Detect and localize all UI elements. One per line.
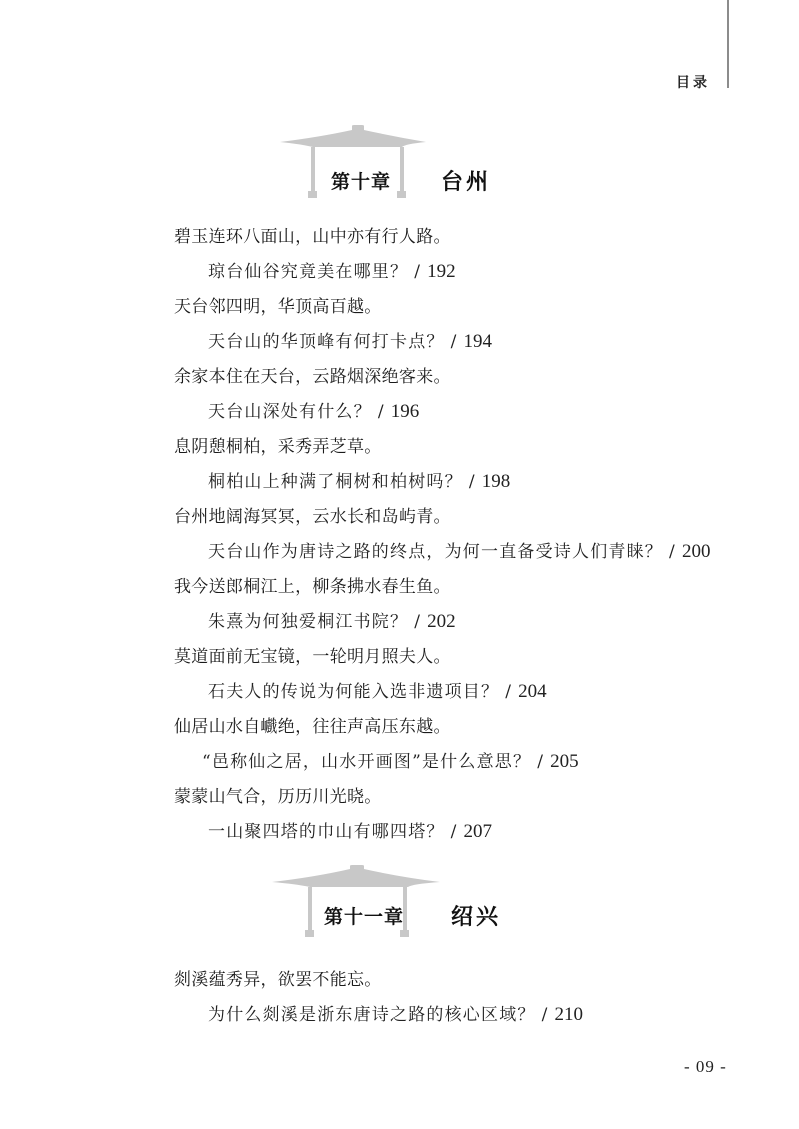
chapter-heading-11: 第十一章 绍兴 xyxy=(0,865,799,945)
page-ref: 194 xyxy=(464,331,493,352)
toc-question: 天台山的华顶峰有何打卡点？ xyxy=(208,332,445,352)
separator: / xyxy=(669,542,676,562)
separator: / xyxy=(537,752,544,772)
page-ref: 200 xyxy=(682,541,711,562)
chapter-heading-10: 第十章 台州 xyxy=(0,125,799,205)
separator: / xyxy=(451,822,458,842)
toc-question: 朱熹为何独爱桐江书院？ xyxy=(208,612,408,632)
toc-entry-link[interactable]: 为什么剡溪是浙东唐诗之路的核心区域？/210 xyxy=(208,1000,583,1026)
page-ref: 204 xyxy=(518,681,547,702)
toc-verse: 剡溪蕴秀异，欲罢不能忘。 xyxy=(174,965,382,990)
page-edge-rule xyxy=(727,0,729,88)
separator: / xyxy=(414,612,421,632)
page-ref: 202 xyxy=(427,611,456,632)
toc-entry-link[interactable]: 一山聚四塔的巾山有哪四塔？/207 xyxy=(208,817,492,843)
toc-entry-link[interactable]: 朱熹为何独爱桐江书院？/202 xyxy=(208,607,456,633)
page-ref: 207 xyxy=(464,821,493,842)
page-ref: 210 xyxy=(555,1004,584,1025)
page-number: - 09 - xyxy=(684,1057,727,1077)
pavilion-roof-icon xyxy=(0,125,799,205)
chapter-title: 绍兴 xyxy=(451,900,501,931)
toc-question: 桐柏山上种满了桐树和柏树吗？ xyxy=(208,472,463,492)
toc-entry-link[interactable]: 桐柏山上种满了桐树和柏树吗？/198 xyxy=(208,467,510,493)
running-head: 目录 xyxy=(676,72,710,92)
toc-entry-link[interactable]: 石夫人的传说为何能入选非遗项目？/204 xyxy=(208,677,547,703)
toc-verse: 天台邻四明，华顶高百越。 xyxy=(174,292,382,317)
chapter-number: 第十章 xyxy=(331,167,391,194)
toc-question: “邑称仙之居，山水开画图”是什么意思？ xyxy=(202,752,531,772)
chapter-title: 台州 xyxy=(441,165,491,196)
toc-verse: 台州地阔海冥冥，云水长和岛屿青。 xyxy=(174,502,451,527)
toc-question: 一山聚四塔的巾山有哪四塔？ xyxy=(208,822,445,842)
toc-entry-link[interactable]: 天台山作为唐诗之路的终点，为何一直备受诗人们青睐？/200 xyxy=(208,537,710,563)
toc-entry-link[interactable]: 天台山的华顶峰有何打卡点？/194 xyxy=(208,327,492,353)
toc-verse: 仙居山水自巇绝，往往声高压东越。 xyxy=(174,712,451,737)
toc-verse: 莫道面前无宝镜，一轮明月照夫人。 xyxy=(174,642,451,667)
separator: / xyxy=(469,472,476,492)
page-ref: 196 xyxy=(391,401,420,422)
toc-question: 天台山深处有什么？ xyxy=(208,402,372,422)
toc-question: 为什么剡溪是浙东唐诗之路的核心区域？ xyxy=(208,1005,536,1025)
toc-verse: 碧玉连环八面山，山中亦有行人路。 xyxy=(174,222,451,247)
separator: / xyxy=(542,1005,549,1025)
toc-verse: 余家本住在天台，云路烟深绝客来。 xyxy=(174,362,451,387)
page-ref: 198 xyxy=(482,471,511,492)
toc-entry-link[interactable]: “邑称仙之居，山水开画图”是什么意思？/205 xyxy=(202,747,579,773)
toc-question: 石夫人的传说为何能入选非遗项目？ xyxy=(208,682,499,702)
toc-question: 天台山作为唐诗之路的终点，为何一直备受诗人们青睐？ xyxy=(208,542,663,562)
page-ref: 192 xyxy=(427,261,456,282)
toc-verse: 息阴憩桐柏，采秀弄芝草。 xyxy=(174,432,382,457)
toc-verse: 我今送郎桐江上，柳条拂水春生鱼。 xyxy=(174,572,451,597)
separator: / xyxy=(505,682,512,702)
chapter-number: 第十一章 xyxy=(324,902,404,929)
separator: / xyxy=(451,332,458,352)
page-ref: 205 xyxy=(550,751,579,772)
toc-entry-link[interactable]: 琼台仙谷究竟美在哪里？/192 xyxy=(208,257,456,283)
separator: / xyxy=(414,262,421,282)
toc-verse: 蒙蒙山气合，历历川光晓。 xyxy=(174,782,382,807)
toc-entry-link[interactable]: 天台山深处有什么？/196 xyxy=(208,397,419,423)
separator: / xyxy=(378,402,385,422)
toc-question: 琼台仙谷究竟美在哪里？ xyxy=(208,262,408,282)
